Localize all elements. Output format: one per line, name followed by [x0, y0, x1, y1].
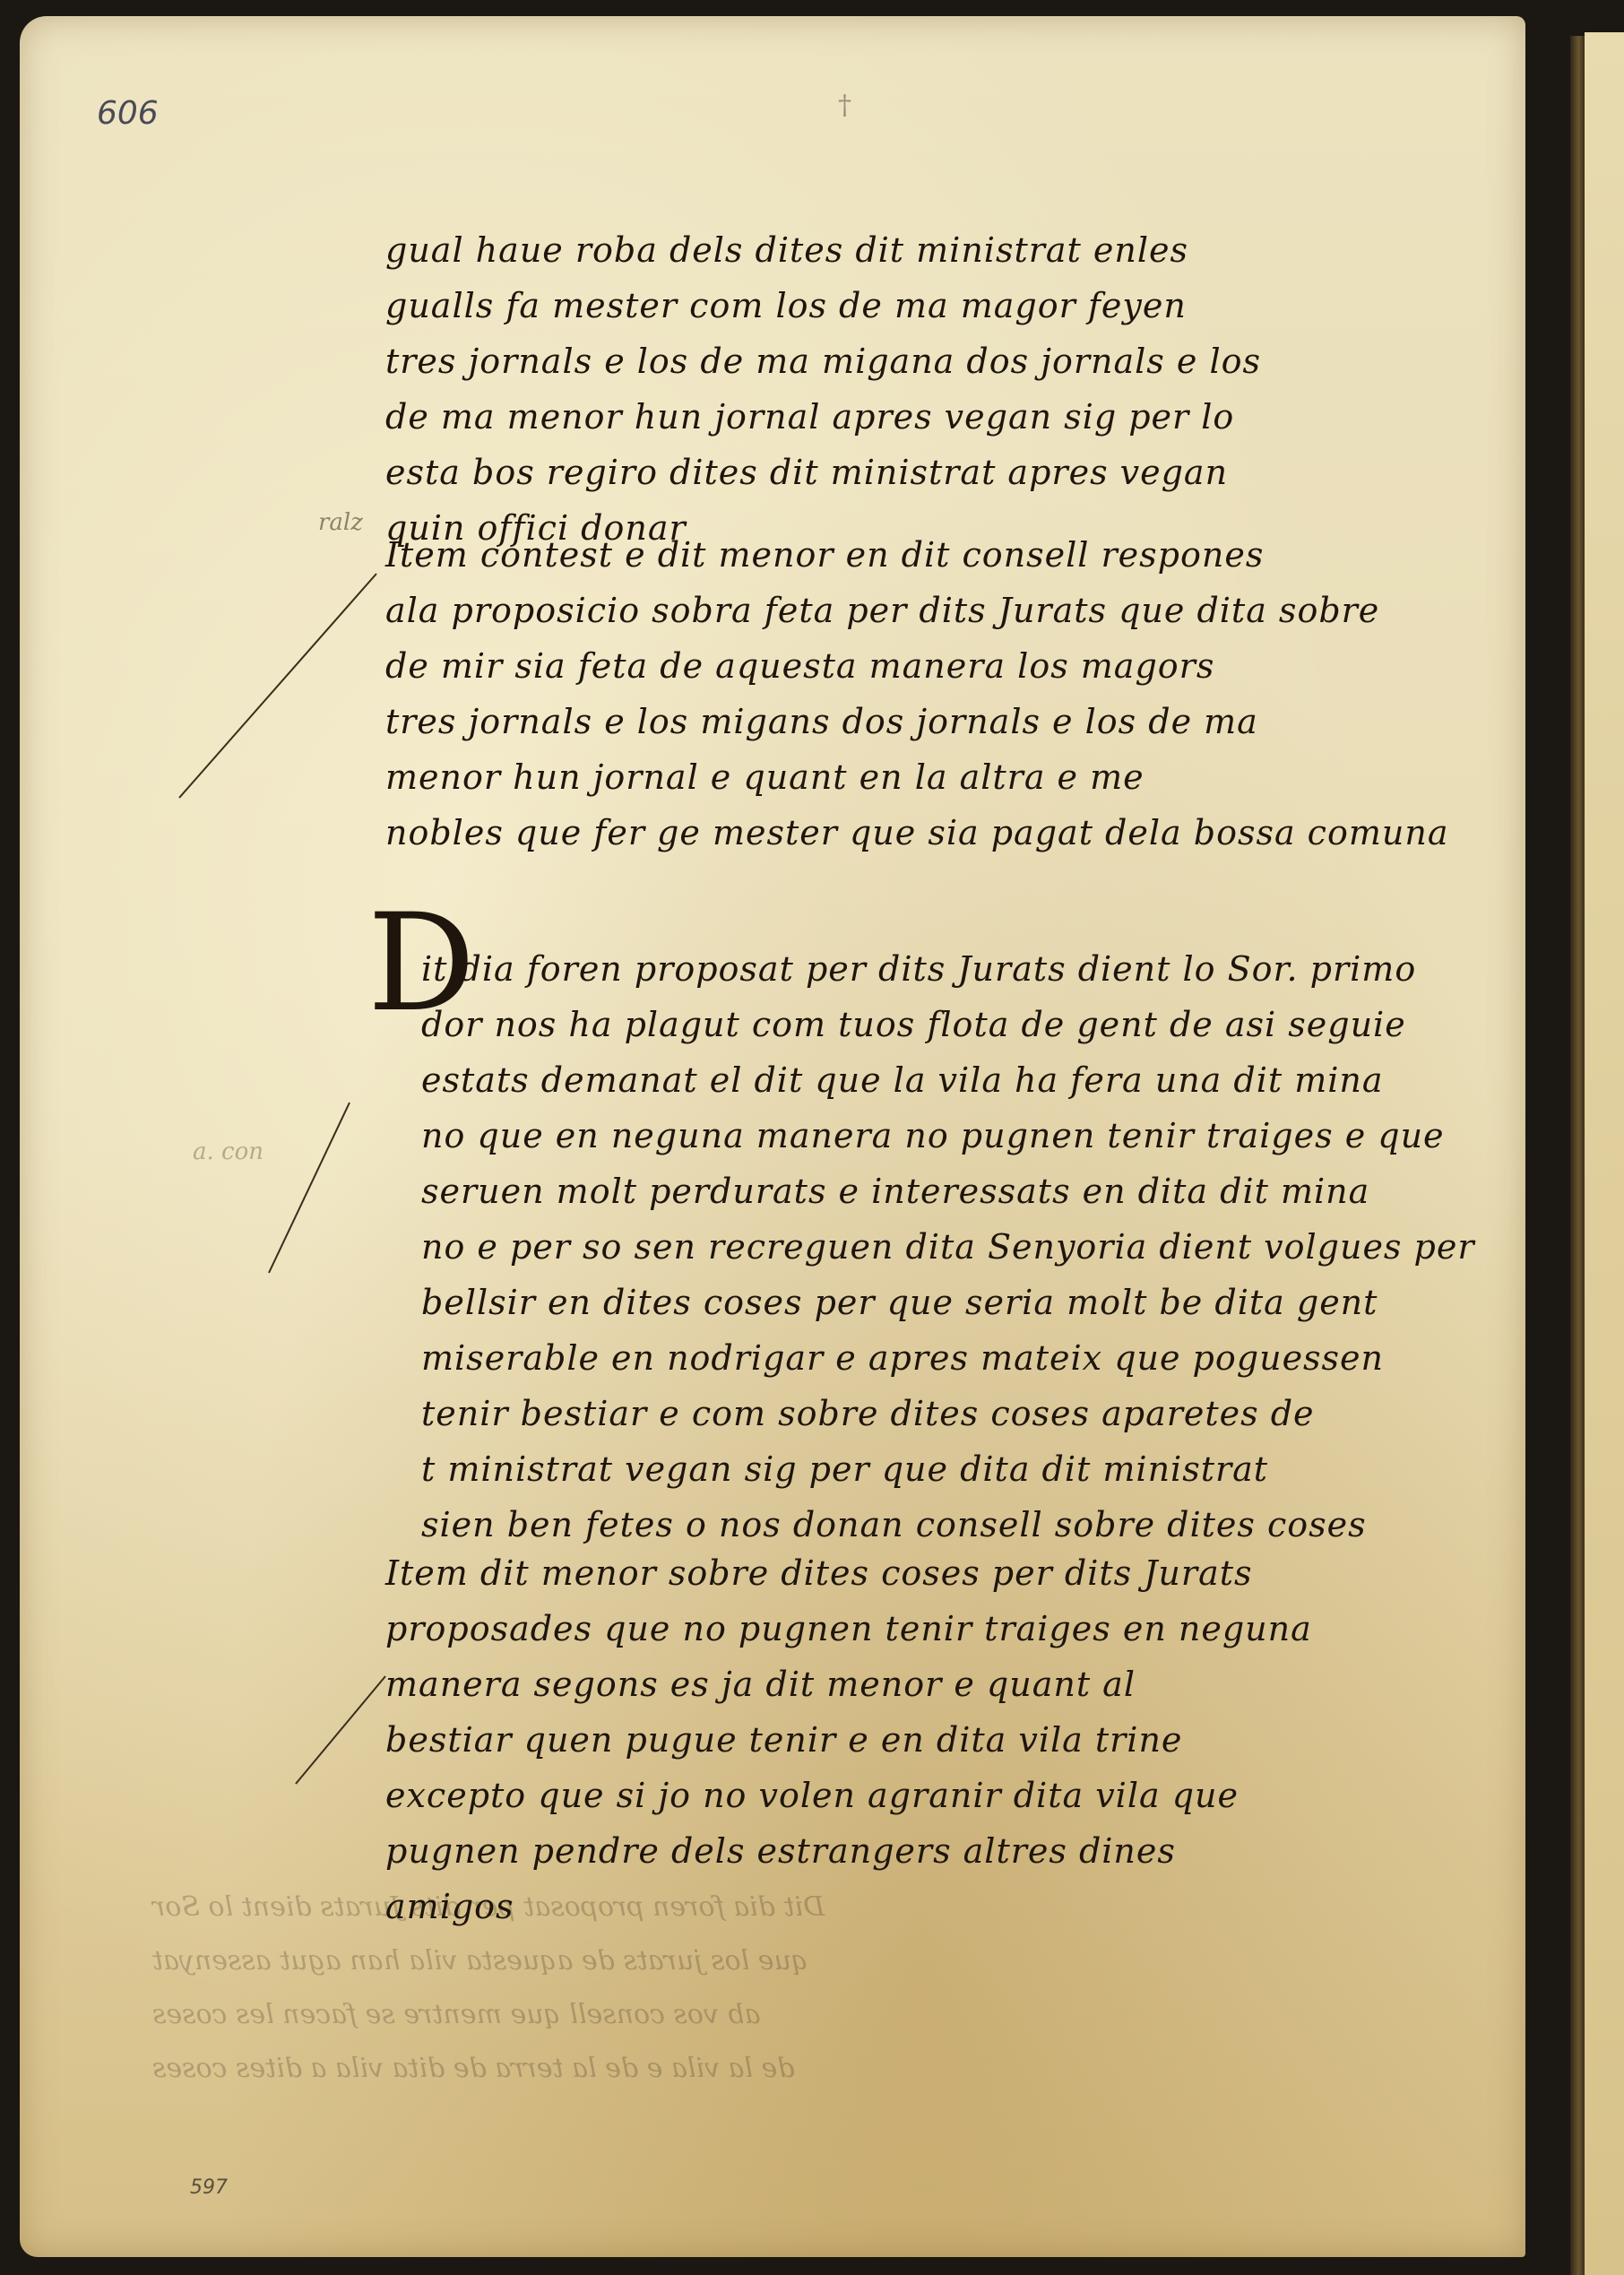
- paragraph-3: it dia foren proposat per dits Jurats di…: [421, 941, 1425, 1553]
- text-line: Item contest e dit menor en dit consell …: [385, 527, 1389, 583]
- paragraph-4: Item dit menor sobre dites coses per dit…: [385, 1545, 1389, 1934]
- text-line: esta bos regiro dites dit ministrat apre…: [385, 445, 1389, 500]
- text-line: proposades que no pugnen tenir traiges e…: [385, 1601, 1389, 1657]
- text-line: bestiar quen pugue tenir e en dita vila …: [385, 1712, 1389, 1768]
- text-line: sien ben fetes o nos donan consell sobre…: [421, 1497, 1425, 1553]
- text-line: it dia foren proposat per dits Jurats di…: [421, 941, 1425, 997]
- text-line: seruen molt perdurats e interessats en d…: [421, 1163, 1425, 1219]
- text-line: gual haue roba dels dites dit ministrat …: [385, 222, 1389, 278]
- text-line: excepto que si jo no volen agranir dita …: [385, 1768, 1389, 1823]
- text-line: manera segons es ja dit menor e quant al: [385, 1657, 1389, 1712]
- text-line: nobles que fer ge mester que sia pagat d…: [385, 805, 1389, 861]
- text-line: no que en neguna manera no pugnen tenir …: [421, 1108, 1425, 1163]
- text-line: de mir sia feta de aquesta manera los ma…: [385, 638, 1389, 694]
- text-line: de ma menor hun jornal apres vegan sig p…: [385, 389, 1389, 445]
- text-line: amigos: [385, 1879, 1389, 1934]
- text-line: dor nos ha plagut com tuos flota de gent…: [421, 997, 1425, 1052]
- text-line: bellsir en dites coses per que seria mol…: [421, 1275, 1425, 1330]
- text-line: ala proposicio sobra feta per dits Jurat…: [385, 583, 1389, 638]
- text-line: tres jornals e los migans dos jornals e …: [385, 694, 1389, 749]
- paragraph-1: gual haue roba dels dites dit ministrat …: [385, 222, 1389, 556]
- text-line: estats demanat el dit que la vila ha fer…: [421, 1052, 1425, 1108]
- text-line: Item dit menor sobre dites coses per dit…: [385, 1545, 1389, 1601]
- text-line: no e per so sen recreguen dita Senyoria …: [421, 1219, 1425, 1275]
- text-line: t ministrat vegan sig per que dita dit m…: [421, 1441, 1425, 1497]
- text-line: menor hun jornal e quant en la altra e m…: [385, 749, 1389, 805]
- text-line: miserable en nodrigar e apres mateix que…: [421, 1330, 1425, 1386]
- text-line: tenir bestiar e com sobre dites coses ap…: [421, 1386, 1425, 1441]
- text-line: tres jornals e los de ma migana dos jorn…: [385, 333, 1389, 389]
- text-line: gualls fa mester com los de ma magor fey…: [385, 278, 1389, 333]
- text-line: pugnen pendre dels estrangers altres din…: [385, 1823, 1389, 1879]
- paragraph-2: Item contest e dit menor en dit consell …: [385, 527, 1389, 861]
